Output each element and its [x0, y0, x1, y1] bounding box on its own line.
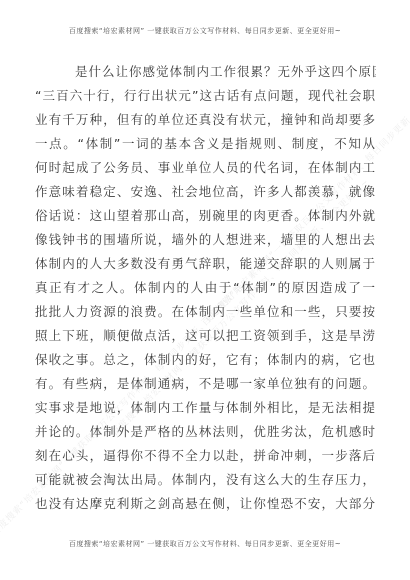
text-line: 像钱钟书的围墙所说，墙外的人想进来，墙里的人想出去 — [35, 228, 376, 252]
text-line: “三百六十行，行行出状元”这古话有点问题，现代社会职 — [35, 84, 376, 108]
footer-promo-text: 百度搜索“培宏素材网” 一键获取百万公文写作材料、每日同步更新、更全更好用~ — [0, 539, 410, 549]
text-line: 可能就被会淘汰出局。体制内，没有这么大的生存压力， — [35, 468, 376, 492]
text-line: 作意味着稳定、安逸、社会地位高，许多人都羡慕，就像 — [35, 180, 376, 204]
text-line: 一点。“体制”一词的基本含义是指规则、制度，不知从 — [35, 132, 376, 156]
text-line: 实事求是地说，体制内工作量与体制外相比，是无法相提 — [35, 396, 376, 420]
text-line: 是什么让你感觉体制内工作很累？无外乎这四个原因 — [35, 60, 376, 84]
text-line: 体制内的人大多数没有勇气辞职，能递交辞职的人则属于 — [35, 252, 376, 276]
text-line: 批批人力资源的浪费。在体制内一些单位和一些，只要按 — [35, 300, 376, 324]
text-line: 有。有些病，是体制通病，不是哪一家单位独有的问题。 — [35, 372, 376, 396]
document-lines: 是什么让你感觉体制内工作很累？无外乎这四个原因“三百六十行，行行出状元”这古话有… — [35, 60, 376, 516]
text-line: 照上下班，顺便做点活，这可以把工资领到手，这是旱涝 — [35, 324, 376, 348]
header-promo-text: 百度搜索“培宏素材网” 一键获取百万公文写作材料、每日同步更新、更全更好用~ — [0, 26, 410, 36]
document-page: 百度搜索“培宏素材网” 一键获取百万公文写作材料、每日同步更新、更全更好用~ 百… — [0, 0, 410, 580]
text-line: 刻在心头，逼得你不得不全力以赴，拼命冲刺，一步落后 — [35, 444, 376, 468]
text-line: 也没有达摩克利斯之剑高悬在侧，让你惶恐不安，大部分 — [35, 492, 376, 516]
text-line: 业有千万种，但有的单位还真没有状元，撞钟和尚却要多 — [35, 108, 376, 132]
text-line: 并论的。体制外是严格的丛林法则，优胜劣汰，危机感时 — [35, 420, 376, 444]
text-line: 真正有才之人。体制内的人由于“体制”的原因造成了一 — [35, 276, 376, 300]
text-line: 俗话说：这山望着那山高，别碗里的肉更香。体制内外就 — [35, 204, 376, 228]
text-line: 保收之事。总之，体制内的好，它有；体制内的病，它也 — [35, 348, 376, 372]
text-line: 何时起成了公务员、事业单位人员的代名词，在体制内工 — [35, 156, 376, 180]
